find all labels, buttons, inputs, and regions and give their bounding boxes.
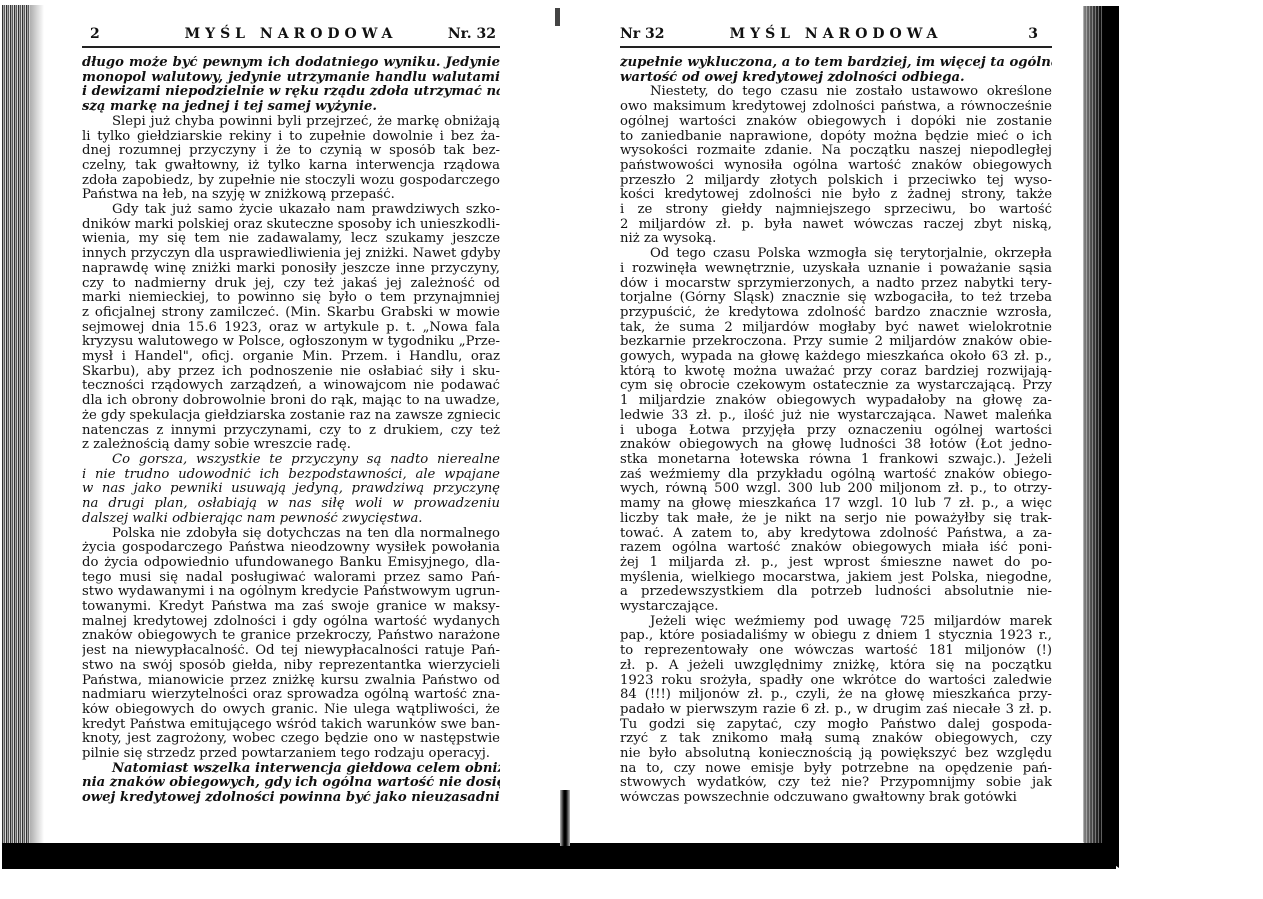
- text-line: jest na niewypłacalność. Od tej niewypła…: [82, 644, 500, 659]
- text-line: to reprezentowały one wówczas wartość 18…: [620, 644, 1052, 659]
- text-line: Państwa na łeb, na szyję w zniżkową prze…: [82, 188, 500, 203]
- text-line: wystarczające.: [620, 600, 1052, 615]
- text-line: do życia odpowiednio ufundowanego Banku …: [82, 556, 500, 571]
- text-line: myślenia, wielkiego mocarstwa, jakiem je…: [620, 571, 1052, 586]
- text-line: liczby tak małe, że je nikt na serjo nie…: [620, 512, 1052, 527]
- paragraph: Co gorsza, wszystkie te przyczyny są nad…: [82, 453, 500, 527]
- text-line: rzyć z tak znikomo małą sumą znaków obie…: [620, 732, 1052, 747]
- text-line: zaś weźmiemy dla przykładu ogólną wartoś…: [620, 468, 1052, 483]
- text-line: i uboga Łotwa przyjęła przy oznaczeniu o…: [620, 424, 1052, 439]
- text-line: stwowych wydatków, czy też nie? Przypomn…: [620, 776, 1052, 791]
- text-line: tego musi się nadal posługiwać walorami …: [82, 571, 500, 586]
- text-line: przypuścić, że kredytowa zdolność bardzo…: [620, 306, 1052, 321]
- text-line: znaków obiegowych te granice przekroczy,…: [82, 629, 500, 644]
- running-head-right: Nr 32 MYŚL NARODOWA 3: [620, 24, 1052, 48]
- text-line: Skarbu), aby przez ich podnoszenie nie o…: [82, 365, 500, 380]
- left-page: 2 MYŚL NARODOWA Nr. 32 długo może być pe…: [82, 24, 500, 806]
- text-line: mamy na głowę mieszkańca 17 wzgl. 10 lub…: [620, 497, 1052, 512]
- text-line: malnej kredytowej zdolności i gdy ogólna…: [82, 615, 500, 630]
- text-line: a przedewszystkiem dla potrzeb ludności …: [620, 585, 1052, 600]
- right-page: Nr 32 MYŚL NARODOWA 3 zupełnie wykluczon…: [620, 24, 1052, 806]
- text-line: natenczas z innymi przyczynami, czy to z…: [82, 424, 500, 439]
- text-line: sejmowej dnia 15.6 1923, oraz w artykule…: [82, 321, 500, 336]
- text-line: wienia, my się tem nie zadawalamy, lecz …: [82, 232, 500, 247]
- issue-number: Nr. 32: [448, 26, 496, 42]
- text-line: li tylko giełdziarskie rekiny i to zupeł…: [82, 130, 500, 145]
- text-line: Jeżeli więc weźmiemy pod uwagę 725 milja…: [620, 615, 1052, 630]
- text-line: długo może być pewnym ich dodatniego wyn…: [82, 56, 500, 71]
- text-line: pilnie się strzedz przed powtarzaniem te…: [82, 747, 500, 762]
- text-line: Tu godzi się zapytać, czy mogło Państwo …: [620, 718, 1052, 733]
- text-line: mysł i Handel", oficj. organie Min. Prze…: [82, 350, 500, 365]
- text-line: naprawdę winę zniżki marki ponosiły jesz…: [82, 262, 500, 277]
- text-line: i dewizami niepodzielnie w ręku rządu zd…: [82, 85, 500, 100]
- text-line: szą markę na jednej i tej samej wyżynie.: [82, 100, 500, 115]
- scanned-book-spread: 2 MYŚL NARODOWA Nr. 32 długo może być pe…: [0, 0, 1263, 899]
- paragraph: Jeżeli więc weźmiemy pod uwagę 725 milja…: [620, 615, 1052, 806]
- text-line: czelny, tak gwałtowny, iż tylko karna in…: [82, 159, 500, 174]
- text-line: dnej rozumnej przyczyny i że to czynią w…: [82, 144, 500, 159]
- text-line: wych, równą 500 wzgl. 300 lub 200 miljon…: [620, 482, 1052, 497]
- text-line: owej kredytowej zdolności powinna być ja…: [82, 791, 500, 806]
- journal-title: MYŚL NARODOWA: [82, 26, 500, 42]
- text-line: 1923 roku srożyła, spadły one wkrótce do…: [620, 674, 1052, 689]
- text-line: na to, czy nowe emisje były potrzebne na…: [620, 762, 1052, 777]
- text-line: ków obiegowych do owych granic. Nie uleg…: [82, 703, 500, 718]
- text-line: dników marki polskiej oraz skuteczne spo…: [82, 218, 500, 233]
- text-line: wysokości rozmaite zdanie. Na początku n…: [620, 144, 1052, 159]
- text-line: niż za wysoką.: [620, 232, 1052, 247]
- paragraph: Polska nie zdobyła się dotychczas na ten…: [82, 527, 500, 762]
- text-line: nadmiaru wierzytelności oraz sprowadza o…: [82, 688, 500, 703]
- text-line: z oficjalnej strony zamilczeć. (Min. Ska…: [82, 306, 500, 321]
- text-line: przeszło 2 miljardy złotych polskich i p…: [620, 174, 1052, 189]
- text-line: wówczas powszechnie odczuwano gwałtowny …: [620, 791, 1052, 806]
- text-line: Gdy tak już samo życie ukazało nam prawd…: [82, 203, 500, 218]
- text-line: gowych, wypada na głowę każdego mieszkań…: [620, 350, 1052, 365]
- text-line: zdoła zapobiedz, by zupełnie nie stoczyl…: [82, 174, 500, 189]
- text-line: torjalne (Górny Śląsk) znacznie się wzbo…: [620, 291, 1052, 306]
- left-page-edge-fade: [30, 5, 44, 845]
- text-line: znaków obiegowych na głowę ludności 38 ł…: [620, 438, 1052, 453]
- text-line: Polska nie zdobyła się dotychczas na ten…: [82, 527, 500, 542]
- journal-title: MYŚL NARODOWA: [620, 26, 1052, 42]
- text-line: Niestety, do tego czasu nie zostało usta…: [620, 85, 1052, 100]
- text-line: Od tego czasu Polska wzmogła się terytor…: [620, 247, 1052, 262]
- text-line: cym się obrocie czekowym ostatecznie za …: [620, 379, 1052, 394]
- text-line: teczności rządowych zarządzeń, a winowaj…: [82, 379, 500, 394]
- text-line: stwo wydawanymi i na ogólnym kredycie Pa…: [82, 585, 500, 600]
- paragraph: Od tego czasu Polska wzmogła się terytor…: [620, 247, 1052, 615]
- paragraph: zupełnie wykluczona, a to tem bardziej, …: [620, 56, 1052, 85]
- text-line: Państwa, mianowicie przez zniżkę kursu z…: [82, 674, 500, 689]
- paragraph: Gdy tak już samo życie ukazało nam prawd…: [82, 203, 500, 453]
- text-line: którą to kwotę można uważać przy coraz b…: [620, 365, 1052, 380]
- paragraph: Ślepi już chyba powinni byli przejrzeć, …: [82, 115, 500, 203]
- text-line: dów i mocarstw sprzymierzonych, a nadto …: [620, 277, 1052, 292]
- text-line: innych przyczyn dla usprawiedliwienia je…: [82, 247, 500, 262]
- text-line: żej 1 miljarda zł. p., jest wprost śmies…: [620, 556, 1052, 571]
- paragraph: Natomiast wszelka interwencja giełdowa c…: [82, 762, 500, 806]
- paragraph: Niestety, do tego czasu nie zostało usta…: [620, 85, 1052, 247]
- right-page-edge-texture: [1083, 6, 1103, 846]
- text-line: owo maksimum kredytowej zdolności państw…: [620, 100, 1052, 115]
- text-line: nie było absolutną koniecznością ją powi…: [620, 747, 1052, 762]
- text-line: Ślepi już chyba powinni byli przejrzeć, …: [82, 115, 500, 130]
- text-line: 84 (!!!) miljonów zł. p., czyli, że na g…: [620, 688, 1052, 703]
- running-head-left: 2 MYŚL NARODOWA Nr. 32: [82, 24, 500, 48]
- text-line: towanymi. Kredyt Państwa ma zaś swoje gr…: [82, 600, 500, 615]
- gutter-mark-top: [555, 8, 560, 26]
- text-line: stwo na swój sposób giełda, niby repreze…: [82, 659, 500, 674]
- text-line: w nas jako pewniki usuwają jedyną, prawd…: [82, 482, 500, 497]
- text-line: życia gospodarczego Państwa nieodzowny w…: [82, 541, 500, 556]
- text-line: padało w pierwszym razie 6 zł. p., w dru…: [620, 703, 1052, 718]
- text-line: to zaniedbanie naprawione, dopóty można …: [620, 130, 1052, 145]
- text-line: wartość od owej kredytowej zdolności odb…: [620, 71, 1052, 86]
- text-line: że gdy spekulacja giełdziarska zostanie …: [82, 409, 500, 424]
- text-line: dla ich obrony dobrowolnie broni do rąk,…: [82, 394, 500, 409]
- text-line: ledwie 33 zł. p., ilość już nie wystarcz…: [620, 409, 1052, 424]
- text-line: z zależnością damy sobie wreszcie radę.: [82, 438, 500, 453]
- text-line: czy to nadmierny druk jej, czy też jakaś…: [82, 277, 500, 292]
- text-line: kości kredytowej zdolności nie było z ża…: [620, 188, 1052, 203]
- text-line: monopol walutowy, jedynie utrzymanie han…: [82, 71, 500, 86]
- text-line: kredyt Państwa emitującego wśród takich …: [82, 718, 500, 733]
- text-line: marki niemieckiej, to powinno się było o…: [82, 291, 500, 306]
- text-line: Co gorsza, wszystkie te przyczyny są nad…: [82, 453, 500, 468]
- text-line: kryzysu walutowego w Polsce, ogłoszonym …: [82, 335, 500, 350]
- scan-bottom-border: [2, 843, 1116, 869]
- text-line: nia znaków obiegowych, gdy ich ogólna wa…: [82, 776, 500, 791]
- page-number: 3: [1028, 26, 1038, 42]
- text-line: tak, że suma 2 miljardów mogłaby być naw…: [620, 321, 1052, 336]
- text-line: knoty, jest zagrożony, wobec czego będzi…: [82, 732, 500, 747]
- body-text: długo może być pewnym ich dodatniego wyn…: [82, 56, 500, 806]
- text-line: Natomiast wszelka interwencja giełdowa c…: [82, 762, 500, 777]
- text-line: bezkarnie przekroczona. Przy sumie 2 mil…: [620, 335, 1052, 350]
- body-text: zupełnie wykluczona, a to tem bardziej, …: [620, 56, 1052, 806]
- text-line: i rozwinęła wewnętrznie, uzyskała uznani…: [620, 262, 1052, 277]
- text-line: na drugi plan, osłabiają w nas siłę woli…: [82, 497, 500, 512]
- text-line: i ze strony giełdy najmniejszego sprzeci…: [620, 203, 1052, 218]
- text-line: państwowości wynosiła ogólna wartość zna…: [620, 159, 1052, 174]
- text-line: 2 miljardów zł. p. była nawet wówczas ra…: [620, 218, 1052, 233]
- text-line: 1 miljardzie znaków obiegowych wypadałob…: [620, 394, 1052, 409]
- left-page-edge-shadow: [2, 5, 30, 845]
- text-line: dalszej walki odbierając nam pewność zwy…: [82, 512, 500, 527]
- text-line: zupełnie wykluczona, a to tem bardziej, …: [620, 56, 1052, 71]
- text-line: razem ogólna wartość znaków obiegowych m…: [620, 541, 1052, 556]
- text-line: i nie trudno udowodnić ich bezpodstawnoś…: [82, 468, 500, 483]
- text-line: zł. p. A jeżeli uwzględnimy zniżkę, któr…: [620, 659, 1052, 674]
- text-line: ogólnej wartości znaków obiegowych i dop…: [620, 115, 1052, 130]
- text-line: tować. A zatem to, aby kredytowa zdolnoś…: [620, 527, 1052, 542]
- text-line: pap., które posiadaliśmy w obiegu z dnie…: [620, 629, 1052, 644]
- paragraph: długo może być pewnym ich dodatniego wyn…: [82, 56, 500, 115]
- book-gutter-shadow: [560, 790, 570, 846]
- text-line: stka monetarna łotewska równa 1 frankowi…: [620, 453, 1052, 468]
